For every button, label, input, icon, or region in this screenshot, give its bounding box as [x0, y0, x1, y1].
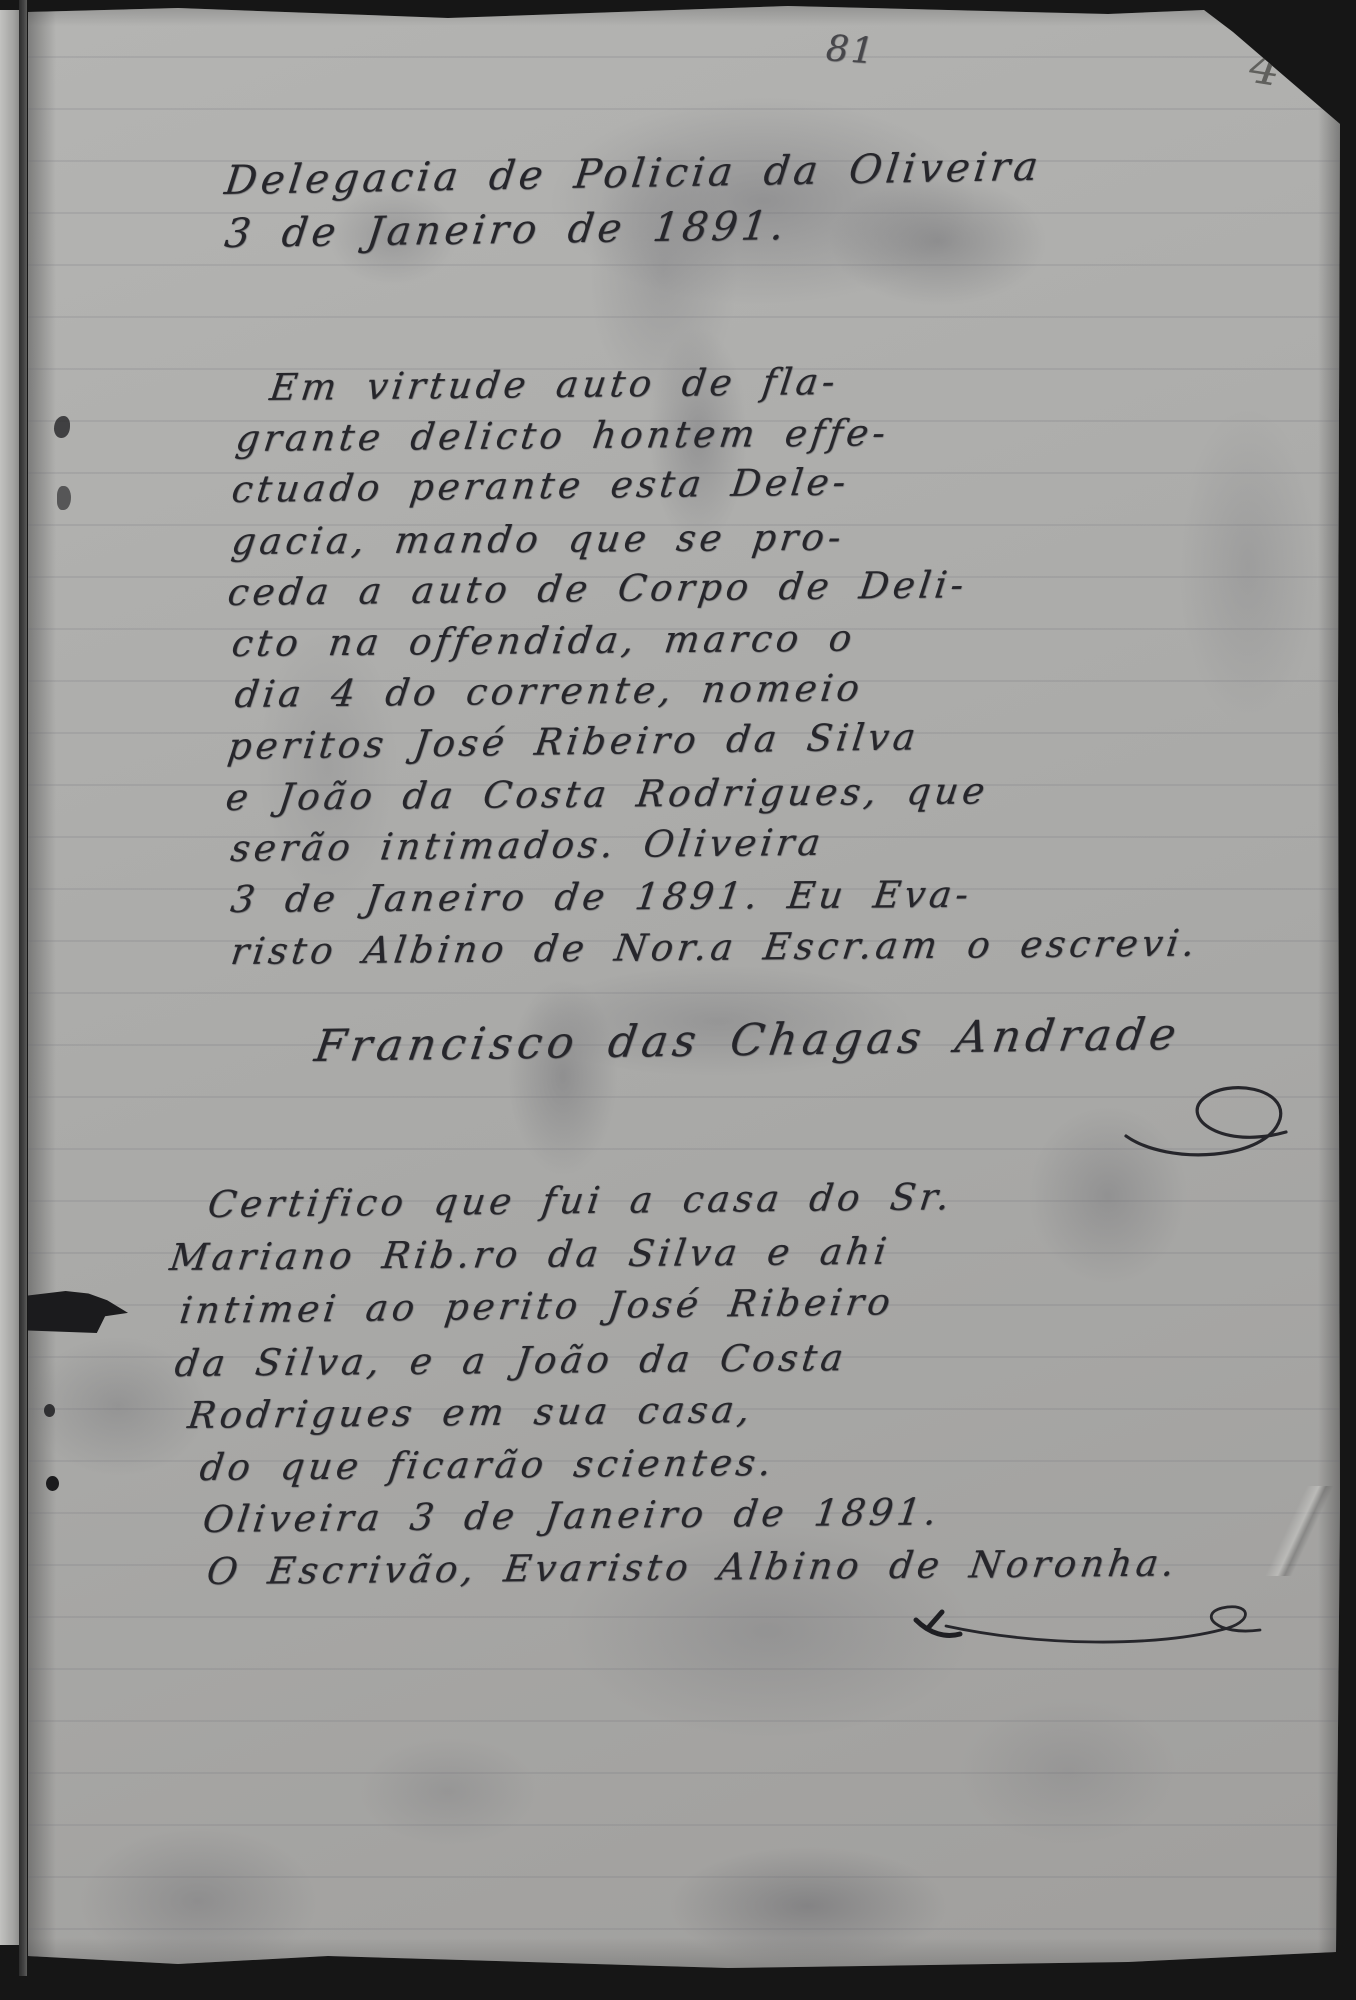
heading-line-2: 3 de Janeiro de 1891.: [222, 203, 790, 257]
certificate-line: intimei ao perito José Ribeiro: [177, 1281, 896, 1332]
order-line: ctuado perante esta Dele-: [229, 461, 852, 511]
stain: [1178, 406, 1318, 726]
order-line: 3 de Janeiro de 1891. Eu Eva-: [228, 874, 975, 922]
adjacent-page-edge: [0, 10, 20, 1945]
paper-crease: [1258, 1486, 1338, 1576]
order-line: e João da Costa Rodrigues, que: [223, 770, 991, 819]
document-paper: 81 4 Delegacia de Policia da Oliveira 3 …: [28, 6, 1340, 1968]
stain: [548, 96, 978, 306]
order-line: dia 4 do corrente, nomeio: [232, 667, 865, 716]
ink-speck: [54, 416, 70, 438]
stain: [78, 1826, 318, 1968]
certificate-line: O Escrivão, Evaristo Albino de Noronha.: [204, 1543, 1180, 1594]
stain: [668, 1846, 948, 1966]
certificate-line: da Silva, e a João da Costa: [172, 1337, 849, 1385]
order-line: cto na offendida, marco o: [229, 618, 858, 666]
corner-page-number-pencil: 4: [1246, 38, 1285, 98]
certificate-line: Oliveira 3 de Janeiro de 1891.: [200, 1491, 943, 1541]
certificate-line: Rodrigues em sua casa,: [185, 1389, 756, 1438]
binding-gutter-line: [19, 0, 27, 1976]
official-signature: Francisco das Chagas Andrade: [311, 1010, 1184, 1073]
heading-line-1: Delegacia de Policia da Oliveira: [222, 144, 1044, 204]
order-line: peritos José Ribeiro da Silva: [225, 716, 921, 768]
closing-rubric-flourish: [898, 1598, 1278, 1658]
certificate-line: Mariano Rib.ro da Silva e ahi: [167, 1231, 892, 1280]
stain: [958, 1696, 1178, 1846]
order-line: ceda a auto de Corpo de Deli-: [225, 564, 970, 614]
order-line: gacia, mando que se pro-: [229, 517, 847, 564]
certificate-line: Certifico que fui a casa do Sr.: [205, 1176, 956, 1226]
stain: [358, 1736, 538, 1846]
order-line: risto Albino de Nor.a Escr.am o escrevi.: [228, 923, 1201, 974]
stain: [508, 976, 618, 1176]
ink-blot: [28, 1291, 128, 1333]
order-line: serão intimados. Oliveira: [228, 822, 827, 871]
certificate-line: do que ficarão scientes.: [197, 1442, 777, 1490]
ink-speck: [57, 486, 71, 510]
order-line: Em virtude auto de fla-: [267, 361, 841, 410]
stain: [828, 176, 1048, 306]
ink-speck: [46, 1476, 59, 1491]
signature-rubric-flourish: [1118, 1074, 1308, 1169]
scanned-manuscript-page: 81 4 Delegacia de Policia da Oliveira 3 …: [0, 0, 1356, 2000]
order-line: grante delicto hontem effe-: [233, 412, 891, 460]
ink-speck: [44, 1404, 55, 1417]
folio-number: 81: [825, 28, 878, 73]
